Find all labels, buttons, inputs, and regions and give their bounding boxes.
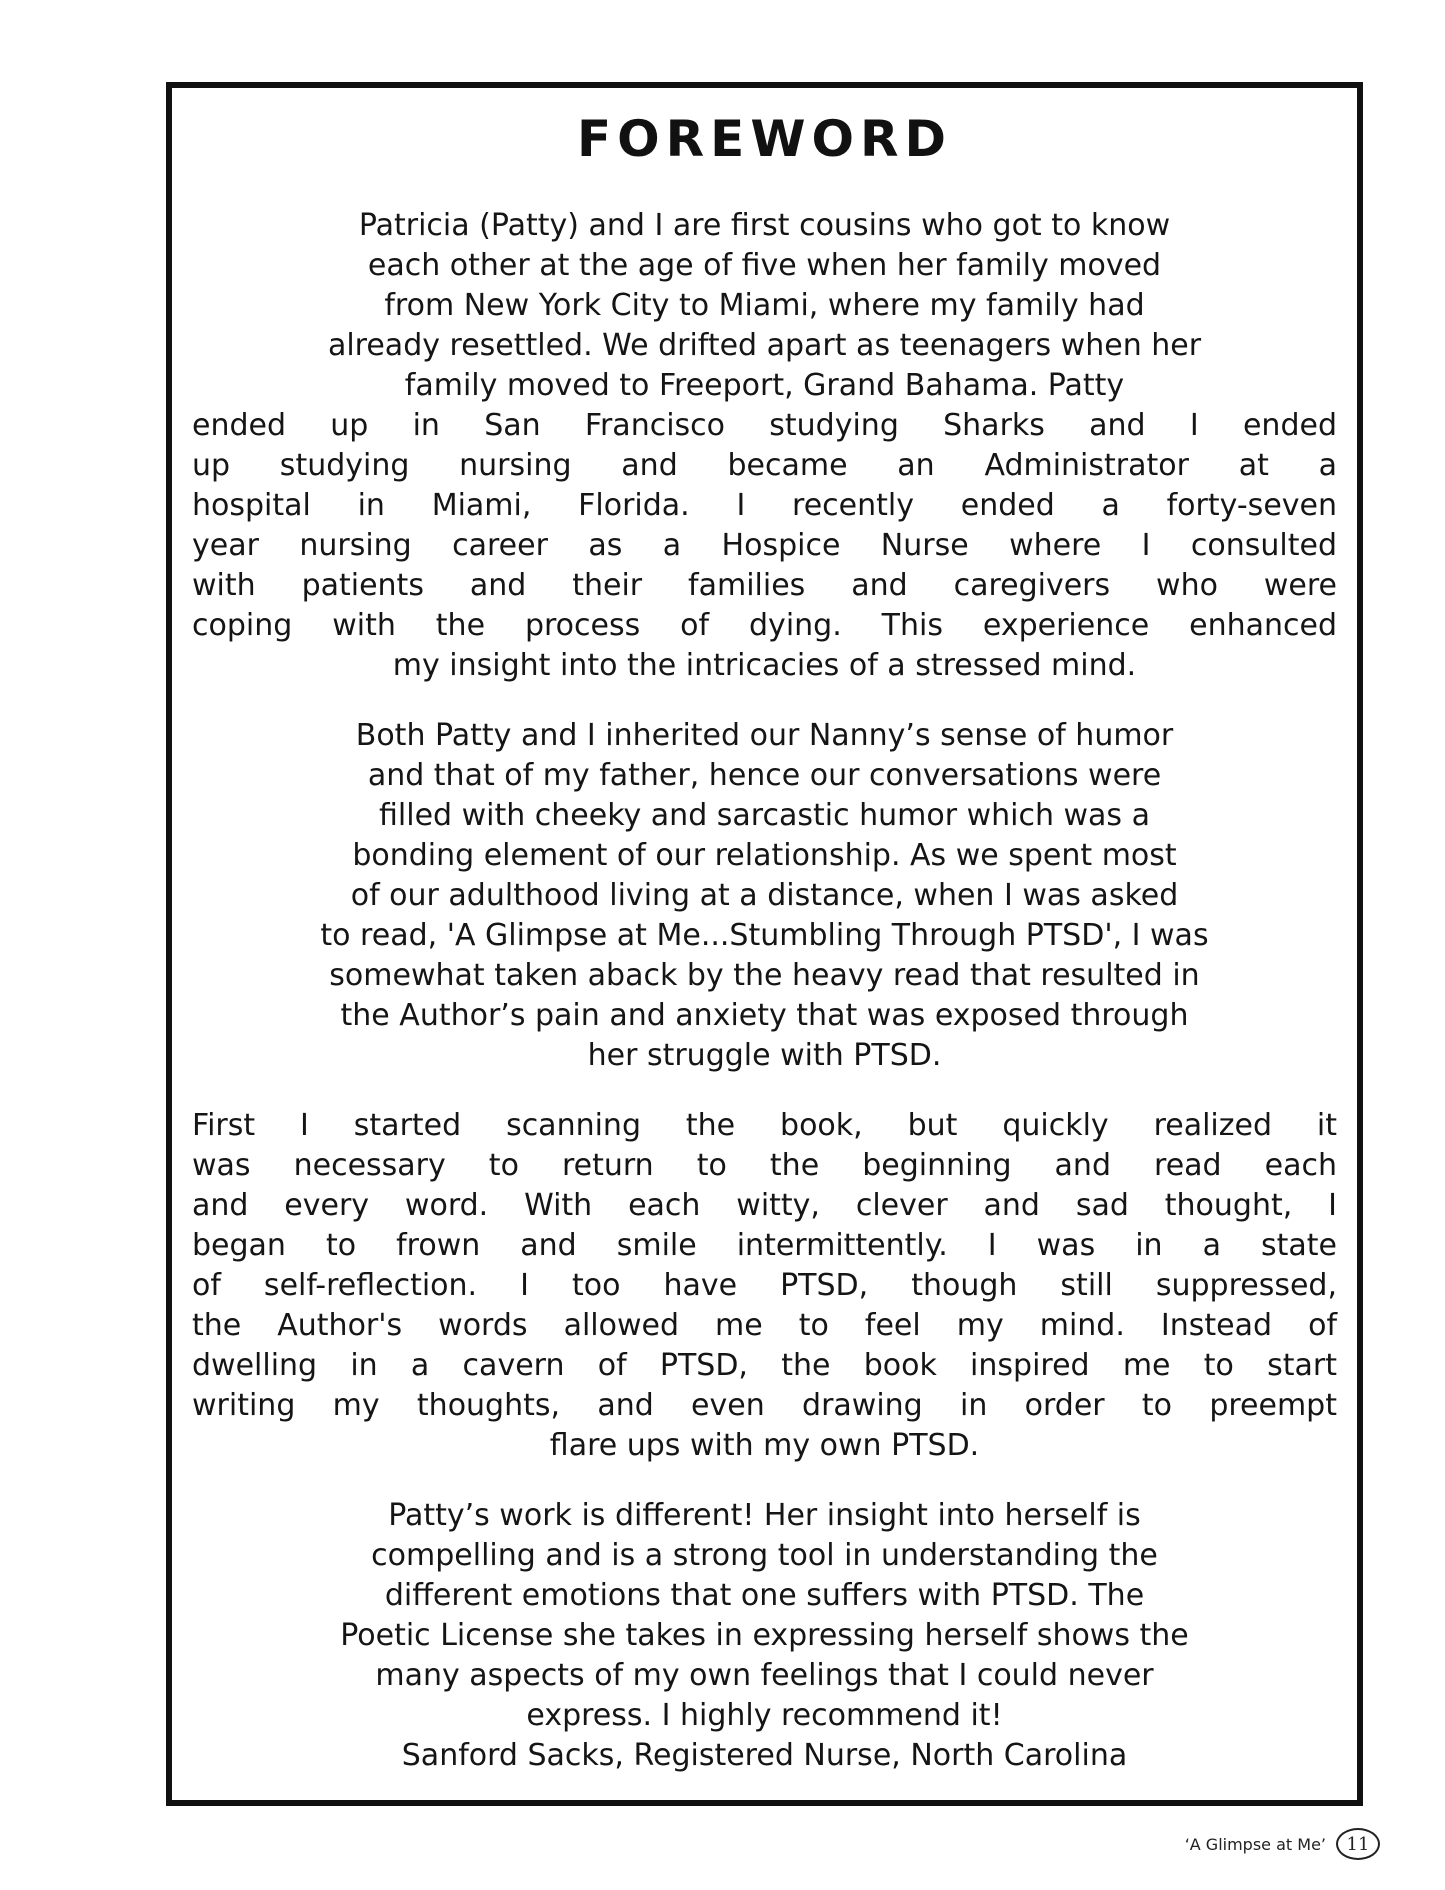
text-line: Patty’s work is different! Her insight i… bbox=[192, 1496, 1337, 1536]
text-line: Patricia (Patty) and I are first cousins… bbox=[192, 206, 1337, 246]
text-line: to read, 'A Glimpse at Me...Stumbling Th… bbox=[192, 916, 1337, 956]
page-title: FOREWORD bbox=[172, 110, 1357, 168]
paragraph: Patty’s work is different! Her insight i… bbox=[192, 1496, 1337, 1776]
page-footer: ‘A Glimpse at Me’ 11 bbox=[1090, 1828, 1380, 1860]
text-line: from New York City to Miami, where my fa… bbox=[192, 286, 1337, 326]
paragraph: First I started scanning the book, but q… bbox=[192, 1106, 1337, 1466]
text-line: began to frown and smile intermittently.… bbox=[192, 1226, 1337, 1266]
text-line: different emotions that one suffers with… bbox=[192, 1576, 1337, 1616]
text-line: flare ups with my own PTSD. bbox=[192, 1426, 1337, 1466]
text-line: dwelling in a cavern of PTSD, the book i… bbox=[192, 1346, 1337, 1386]
text-line: the Author's words allowed me to feel my… bbox=[192, 1306, 1337, 1346]
text-line: compelling and is a strong tool in under… bbox=[192, 1536, 1337, 1576]
text-line: filled with cheeky and sarcastic humor w… bbox=[192, 796, 1337, 836]
text-line: her struggle with PTSD. bbox=[192, 1036, 1337, 1076]
text-line: ended up in San Francisco studying Shark… bbox=[192, 406, 1337, 446]
text-line: Poetic License she takes in expressing h… bbox=[192, 1616, 1337, 1656]
text-line: Both Patty and I inherited our Nanny’s s… bbox=[192, 716, 1337, 756]
footer-book-title: ‘A Glimpse at Me’ bbox=[1185, 1835, 1326, 1854]
paragraph: Both Patty and I inherited our Nanny’s s… bbox=[192, 716, 1337, 1076]
text-line: already resettled. We drifted apart as t… bbox=[192, 326, 1337, 366]
paragraph: Patricia (Patty) and I are first cousins… bbox=[192, 206, 1337, 686]
text-line: many aspects of my own feelings that I c… bbox=[192, 1656, 1337, 1696]
page-number: 11 bbox=[1336, 1828, 1380, 1860]
text-line: and every word. With each witty, clever … bbox=[192, 1186, 1337, 1226]
text-line: of self-reflection. I too have PTSD, tho… bbox=[192, 1266, 1337, 1306]
text-line: and that of my father, hence our convers… bbox=[192, 756, 1337, 796]
text-line: First I started scanning the book, but q… bbox=[192, 1106, 1337, 1146]
text-line: with patients and their families and car… bbox=[192, 566, 1337, 606]
text-line: up studying nursing and became an Admini… bbox=[192, 446, 1337, 486]
text-line: family moved to Freeport, Grand Bahama. … bbox=[192, 366, 1337, 406]
text-line: year nursing career as a Hospice Nurse w… bbox=[192, 526, 1337, 566]
text-line: somewhat taken aback by the heavy read t… bbox=[192, 956, 1337, 996]
text-line: writing my thoughts, and even drawing in… bbox=[192, 1386, 1337, 1426]
text-line: bonding element of our relationship. As … bbox=[192, 836, 1337, 876]
signature: Sanford Sacks, Registered Nurse, North C… bbox=[192, 1736, 1337, 1776]
page-border-frame: FOREWORD Patricia (Patty) and I are firs… bbox=[166, 82, 1363, 1806]
text-line: the Author’s pain and anxiety that was e… bbox=[192, 996, 1337, 1036]
text-line: each other at the age of five when her f… bbox=[192, 246, 1337, 286]
text-line: express. I highly recommend it! bbox=[192, 1696, 1337, 1736]
text-line: of our adulthood living at a distance, w… bbox=[192, 876, 1337, 916]
text-line: my insight into the intricacies of a str… bbox=[192, 646, 1337, 686]
text-line: hospital in Miami, Florida. I recently e… bbox=[192, 486, 1337, 526]
text-line: coping with the process of dying. This e… bbox=[192, 606, 1337, 646]
foreword-body: Patricia (Patty) and I are first cousins… bbox=[192, 206, 1337, 1776]
text-line: was necessary to return to the beginning… bbox=[192, 1146, 1337, 1186]
